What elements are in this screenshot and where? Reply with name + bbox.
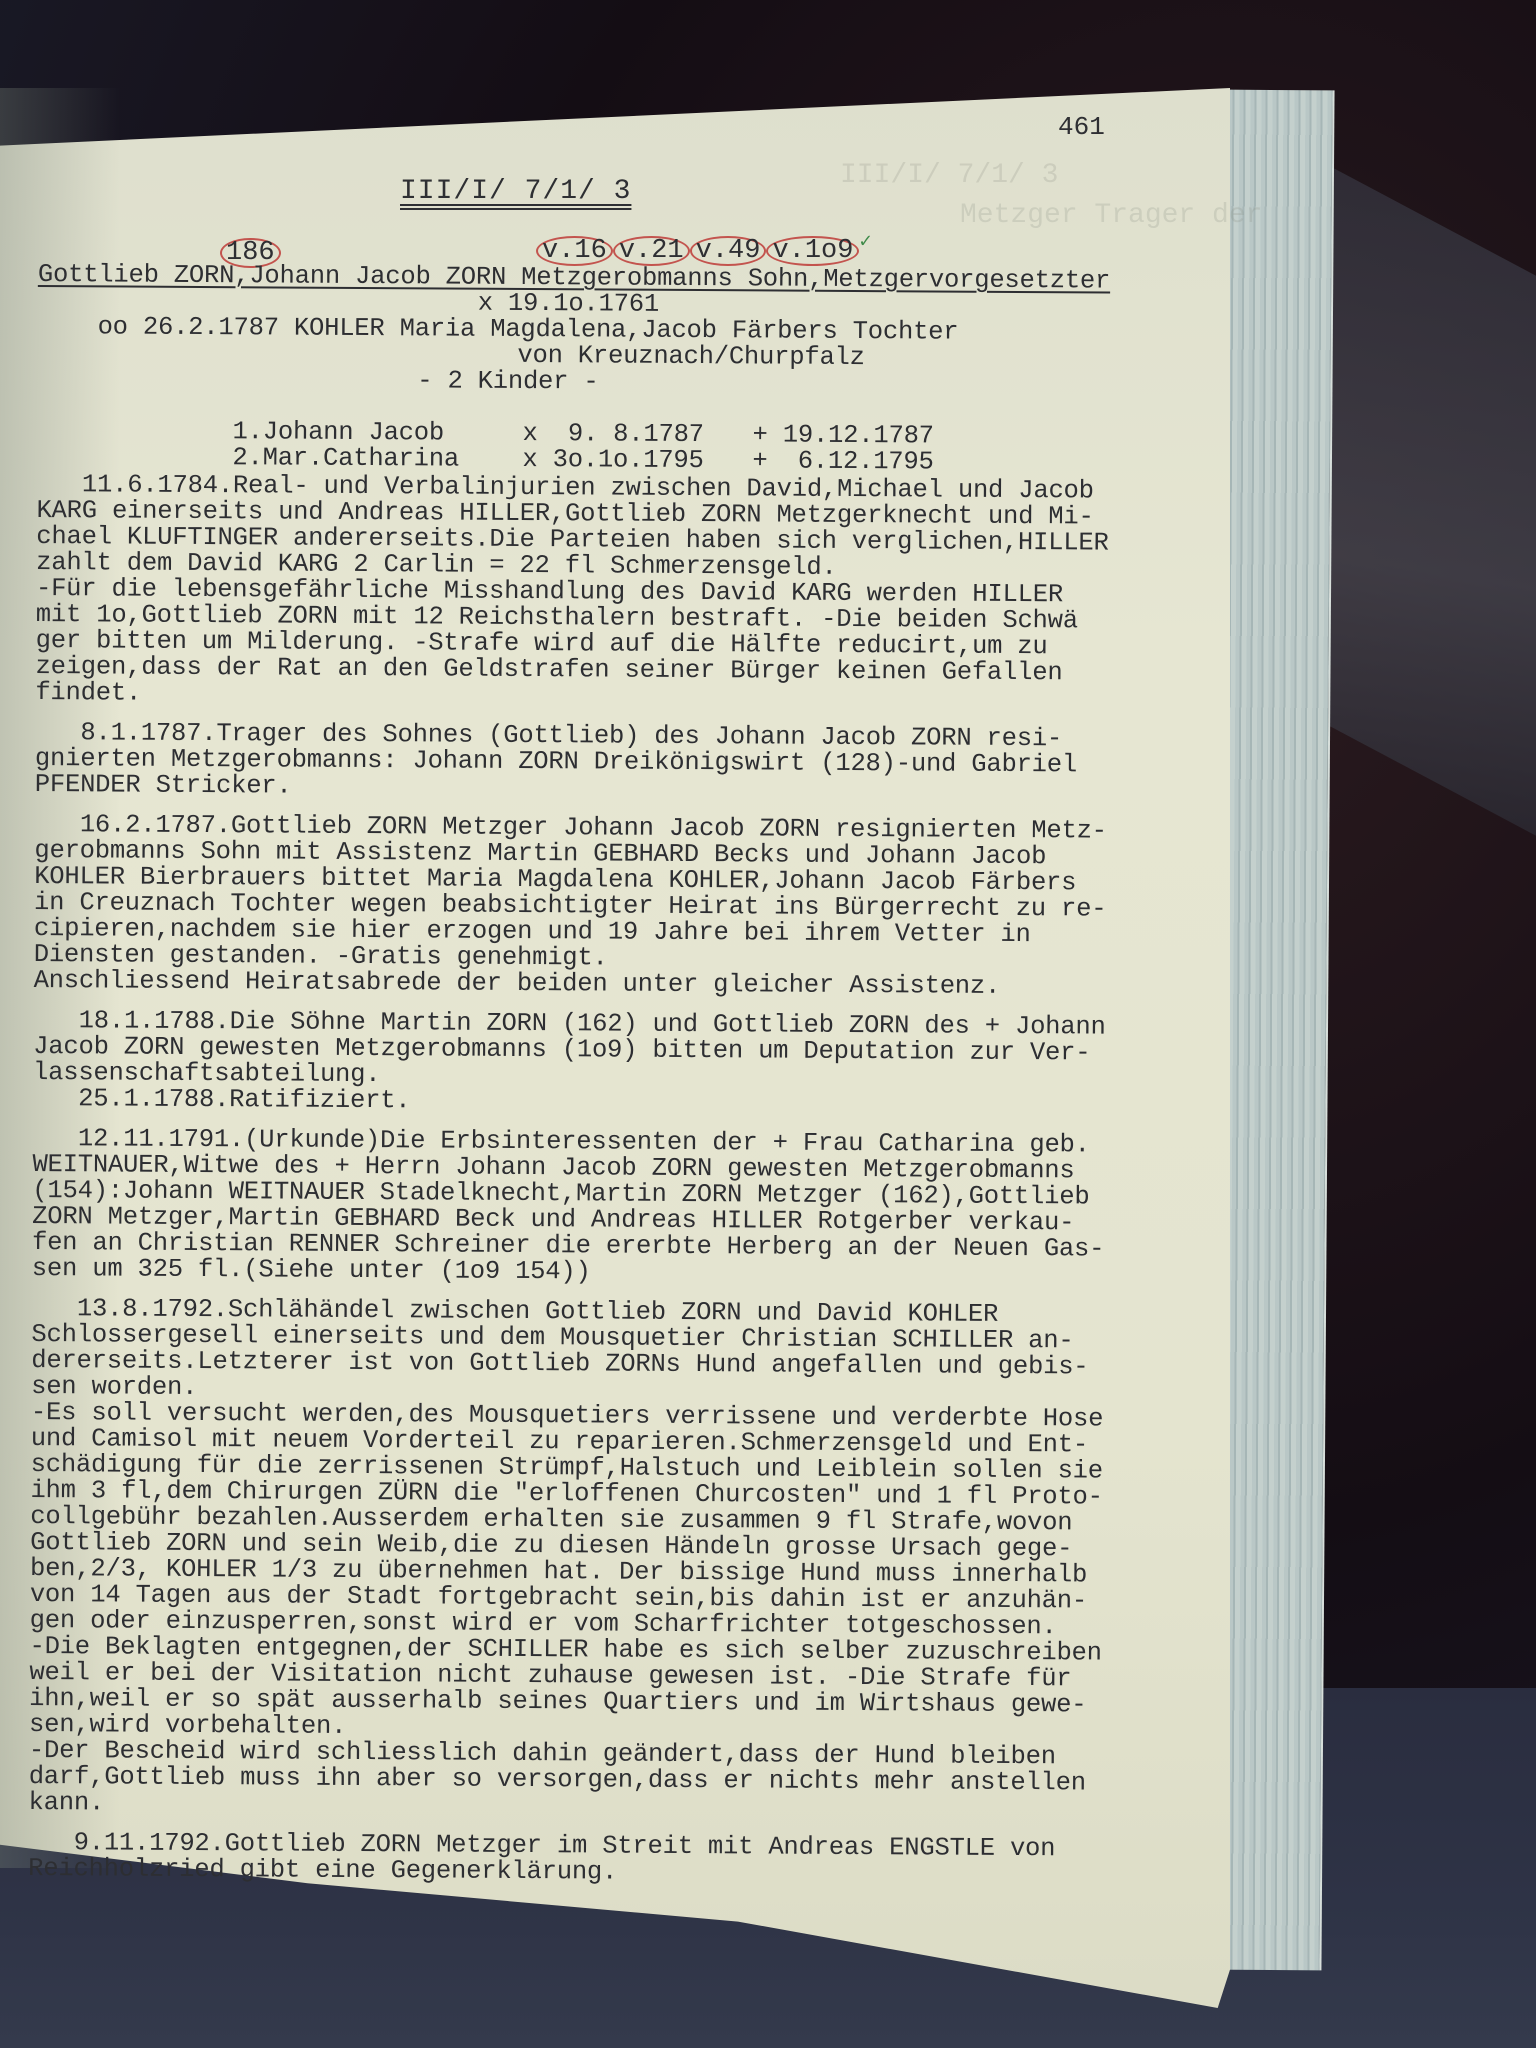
cross-reference: v.16 xyxy=(536,236,613,266)
archive-reference: III/I/ 7/1/ 3 xyxy=(400,176,631,207)
child-born: x 3o.1o.1795 xyxy=(522,447,752,474)
entry-1788-01-18: 18.1.1788.Die Söhne Martin ZORN (162) un… xyxy=(33,1008,1214,1119)
check-mark-icon: ✓ xyxy=(859,231,871,254)
bleed-through-text: III/I/ 7/1/ 3 xyxy=(840,160,1058,191)
page-number: 461 xyxy=(1058,112,1105,142)
cross-reference: v.1o9 xyxy=(766,236,859,266)
child-name: 2.Mar.Catharina xyxy=(232,445,522,473)
entry-1792-11-09: 9.11.1792.Gottlieb ZORN Metzger im Strei… xyxy=(28,1830,1208,1889)
cross-references: v.16v.21v.49v.1o9✓ xyxy=(536,228,872,266)
cross-reference: v.49 xyxy=(690,236,767,266)
entry-1784-06-11: 11.6.1784.Real- und Verbalinjurien zwisc… xyxy=(35,472,1216,713)
background-object xyxy=(1330,166,1536,854)
bleed-through-text: Metzger Trager der xyxy=(960,200,1262,231)
cross-reference: v.21 xyxy=(613,236,690,266)
entry-1792-08-13: 13.8.1792.Schlähändel zwischen Gottlieb … xyxy=(29,1296,1212,1823)
child-died: + 6.12.1795 xyxy=(752,446,933,476)
entry-1787-01-08: 8.1.1787.Trager des Sohnes (Gottlieb) de… xyxy=(35,720,1215,805)
document-body: Gottlieb ZORN,Johann Jacob ZORN Metzgero… xyxy=(28,262,1218,1889)
entry-1791-11-12: 12.11.1791.(Urkunde)Die Erbsinteressente… xyxy=(32,1126,1213,1289)
book-page-edges xyxy=(1215,90,1334,1971)
children-list: 1.Johann Jacobx 9. 8.1787+ 19.12.1787 2.… xyxy=(37,392,1217,451)
entry-1787-02-16: 16.2.1787.Gottlieb ZORN Metzger Johann J… xyxy=(34,812,1215,1001)
